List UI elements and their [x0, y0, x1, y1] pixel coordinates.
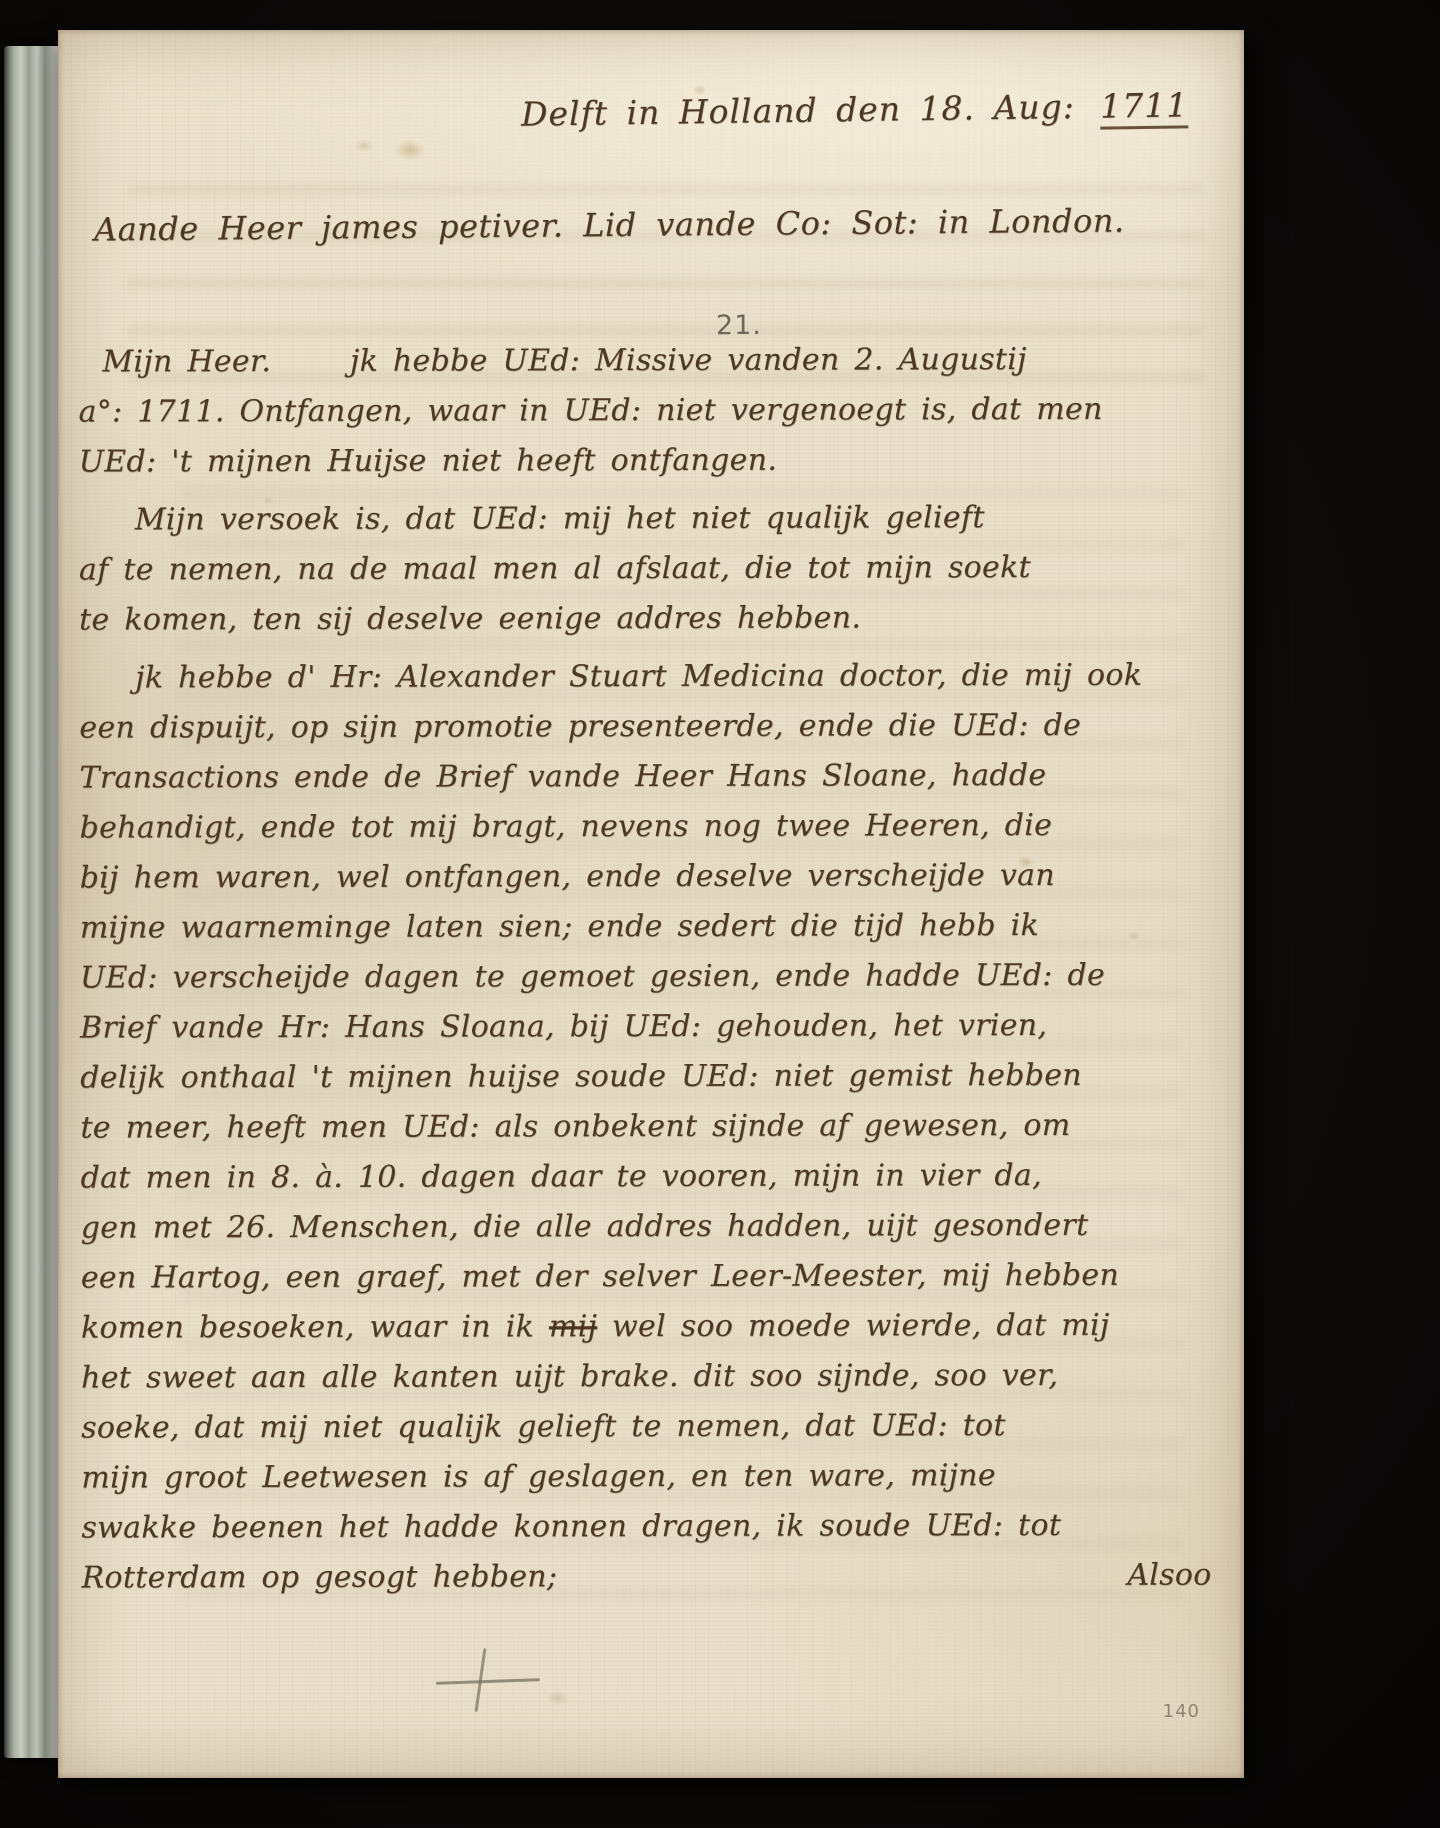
manuscript-line: een Hartog, een graef, met der selver Le… [81, 1251, 1223, 1304]
book-page-edges [4, 46, 66, 1758]
manuscript-line: te komen, ten sij deselve eenige addres … [79, 593, 1221, 646]
manuscript-line: jk hebbe d' Hr: Alexander Stuart Medicin… [79, 651, 1221, 704]
manuscript-line: soeke, dat mij niet qualijk gelieft te n… [81, 1401, 1223, 1454]
strike-line-pre: komen besoeken, waar in ik [81, 1309, 549, 1345]
manuscript-line-with-strikethrough: komen besoeken, waar in ik mij wel soo m… [81, 1301, 1223, 1354]
manuscript-line: UEd: 't mijnen Huijse niet heeft ontfang… [79, 435, 1221, 488]
manuscript-line: Mijn Heer. jk hebbe UEd: Missive vanden … [78, 335, 1220, 388]
manuscript-line: te meer, heeft men UEd: als onbekent sij… [80, 1101, 1222, 1154]
letter-body: Mijn Heer. jk hebbe UEd: Missive vanden … [78, 335, 1223, 1604]
salutation: Mijn Heer. [102, 344, 271, 379]
manuscript-line: Brief vande Hr: Hans Sloana, bij UEd: ge… [80, 1001, 1222, 1054]
manuscript-line: mijne waarneminge laten sien; ende seder… [80, 901, 1222, 954]
address-line: Aande Heer james petiver. Lid vande Co: … [94, 202, 1125, 249]
catchword: Alsoo [1127, 1551, 1211, 1601]
closing-text: Rotterdam op gesogt hebben; [82, 1552, 558, 1603]
dateline-place-date: Delft in Holland den 18. Aug: [520, 87, 1074, 134]
manuscript-line: mijn groot Leetwesen is af geslagen, en … [81, 1451, 1223, 1504]
pencil-cross-mark [436, 1678, 540, 1685]
opening-sentence: jk hebbe UEd: Missive vanden 2. Augustij [350, 342, 1027, 379]
dateline-year-underlined: 1711 [1100, 85, 1189, 129]
manuscript-line: gen met 26. Menschen, die alle addres ha… [81, 1201, 1223, 1254]
manuscript-line: bij hem waren, wel ontfangen, ende desel… [80, 851, 1222, 904]
manuscript-line: a°: 1711. Ontfangen, waar in UEd: niet v… [78, 385, 1220, 438]
manuscript-line: dat men in 8. à. 10. dagen daar te voore… [80, 1151, 1222, 1204]
struck-word: mij [549, 1309, 597, 1344]
manuscript-line: een dispuijt, op sijn promotie presentee… [79, 701, 1221, 754]
strike-line-post: wel soo moede wierde, dat mij [597, 1308, 1109, 1344]
manuscript-line: delijk onthaal 't mijnen huijse soude UE… [80, 1051, 1222, 1104]
manuscript-closing-line: Rotterdam op gesogt hebben; Alsoo [82, 1551, 1224, 1604]
folio-number: 140 [1163, 1701, 1200, 1722]
dateline: Delft in Holland den 18. Aug: 1711 [520, 85, 1188, 133]
manuscript-line: het sweet aan alle kanten uijt brake. di… [81, 1351, 1223, 1404]
manuscript-line: UEd: verscheijde dagen te gemoet gesien,… [80, 951, 1222, 1004]
manuscript-line: behandigt, ende tot mij bragt, nevens no… [80, 801, 1222, 854]
letter-page: Delft in Holland den 18. Aug: 1711 Aande… [58, 30, 1244, 1778]
manuscript-line: af te nemen, na de maal men al afslaat, … [79, 543, 1221, 596]
manuscript-line: Mijn versoek is, dat UEd: mij het niet q… [79, 493, 1221, 546]
scan-background: Delft in Holland den 18. Aug: 1711 Aande… [0, 0, 1440, 1828]
manuscript-line: swakke beenen het hadde konnen dragen, i… [81, 1501, 1223, 1554]
manuscript-line: Transactions ende de Brief vande Heer Ha… [79, 751, 1221, 804]
